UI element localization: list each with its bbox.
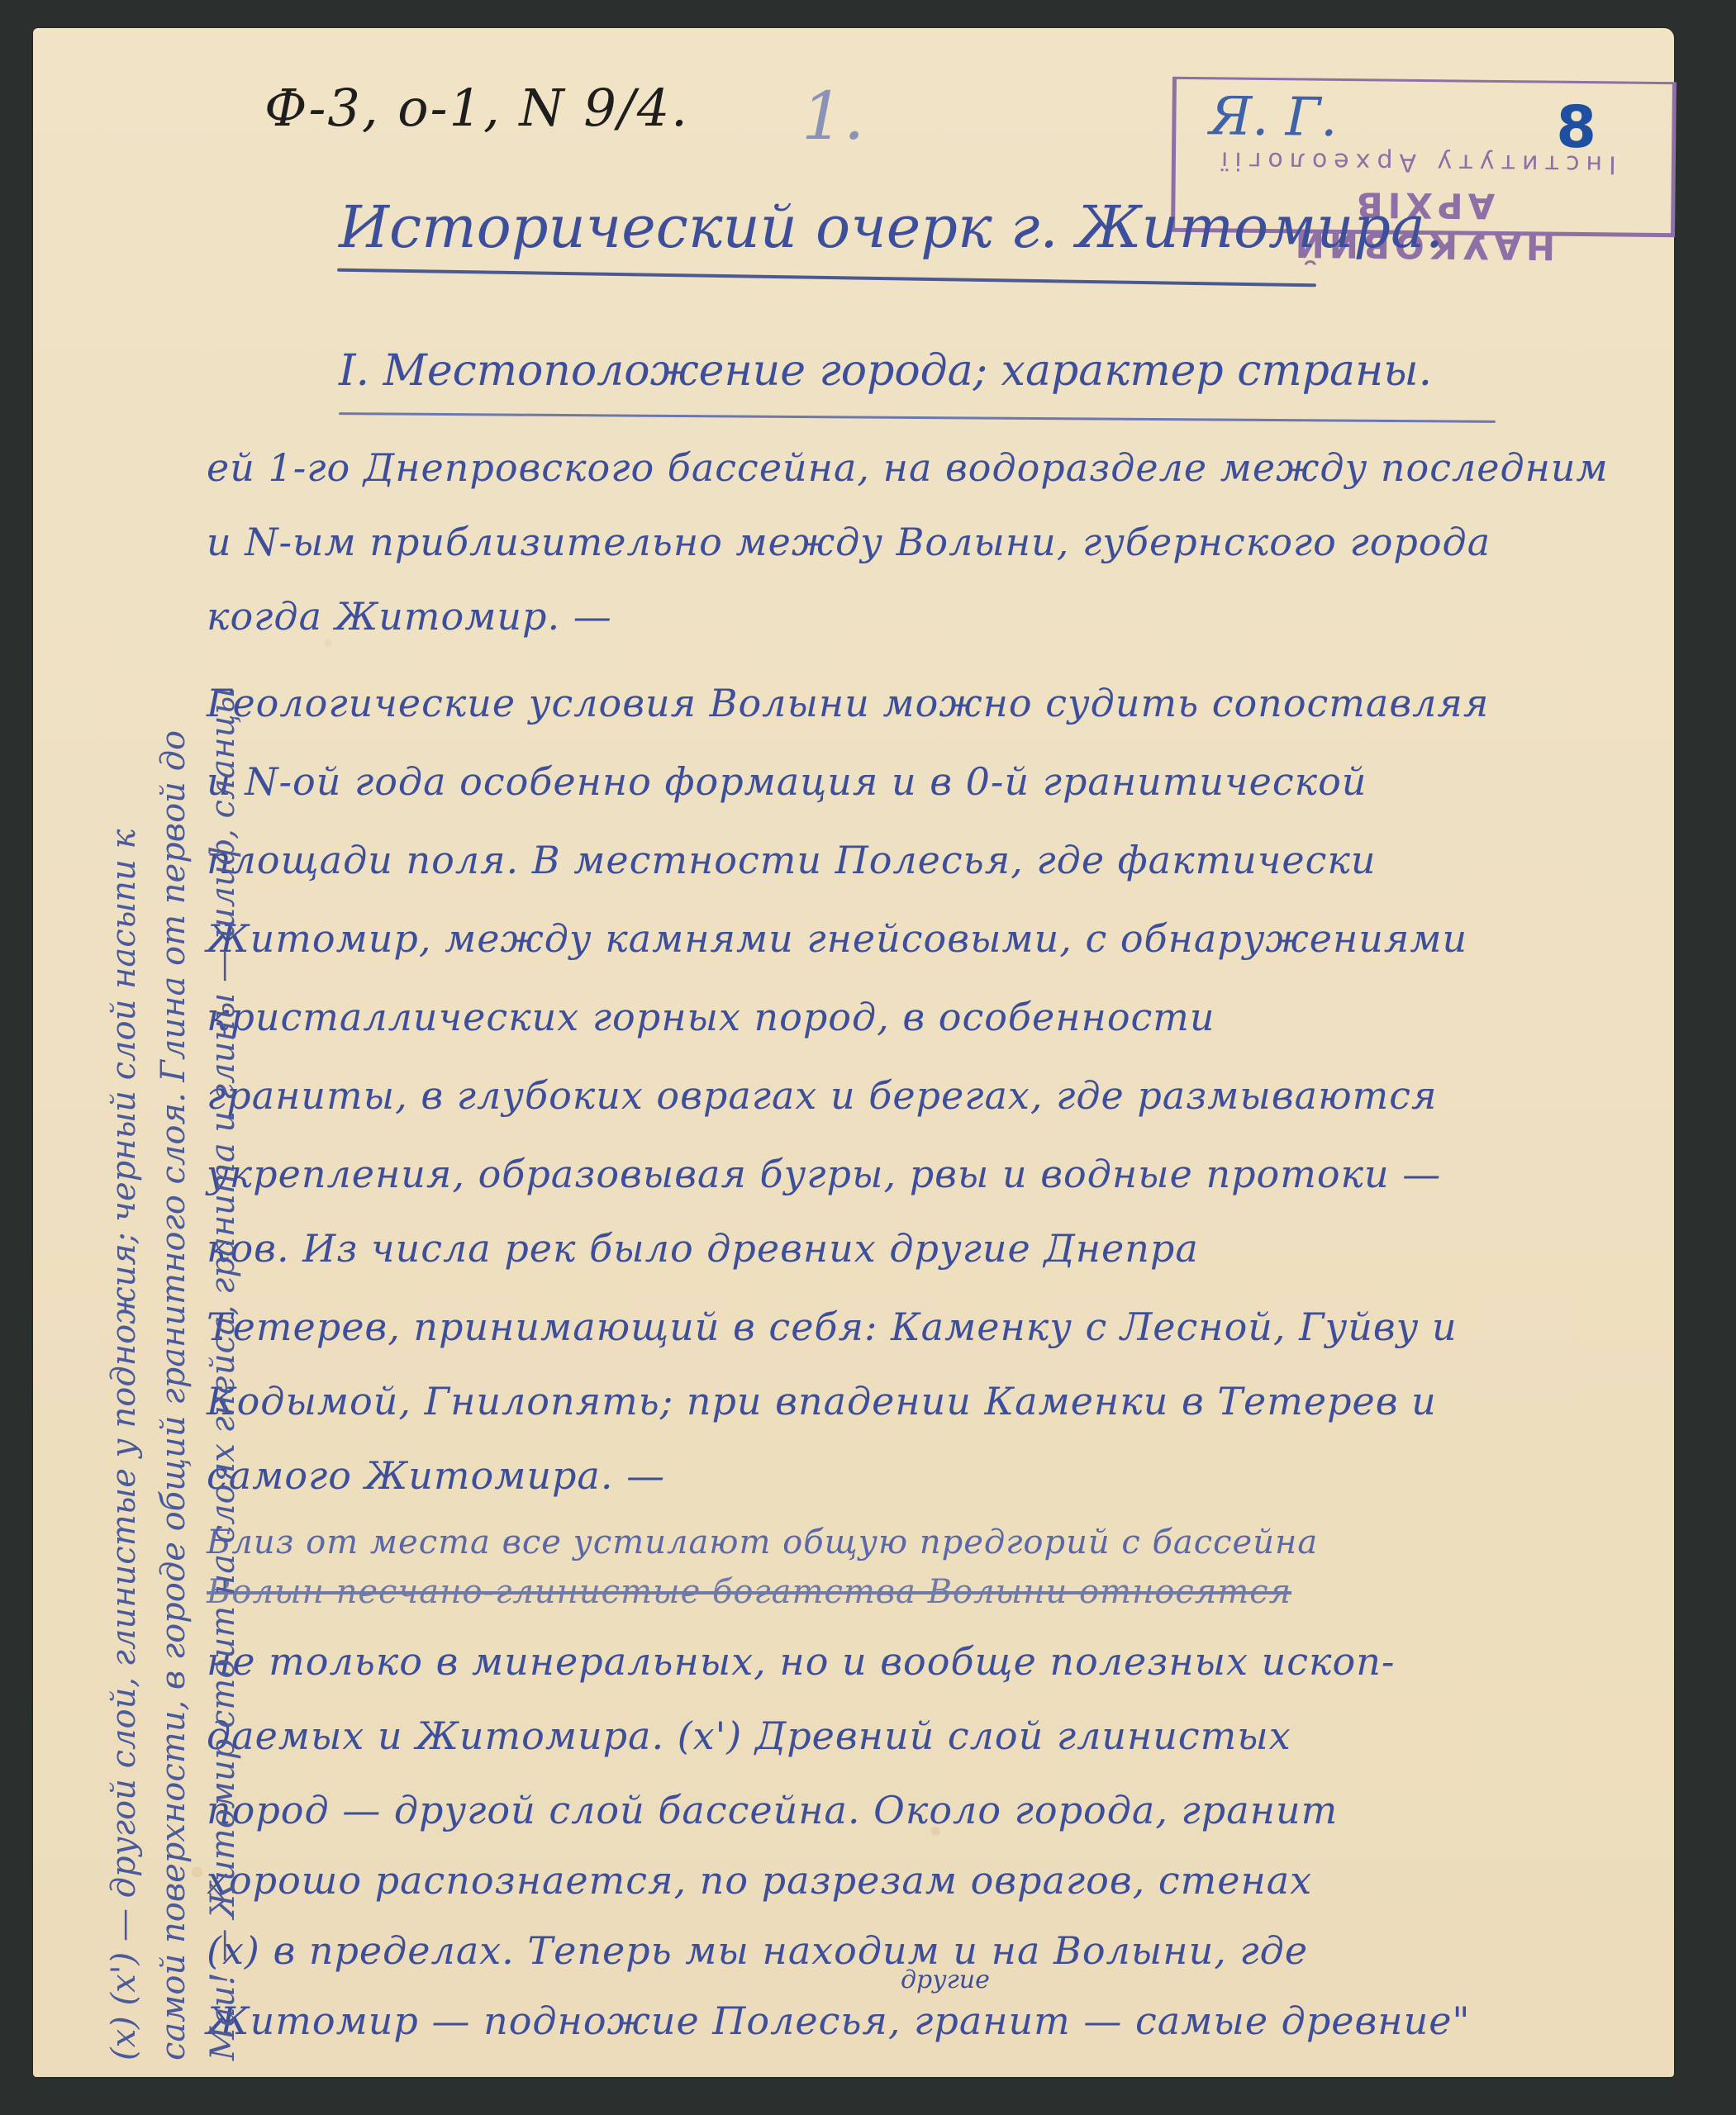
body-line: ков. Из числа рек было древних другие Дн… bbox=[207, 1226, 1199, 1271]
body-line: не только в минеральных, но и вообще пол… bbox=[207, 1639, 1395, 1684]
body-line: Житомир — подножие Полесья, гранит — сам… bbox=[207, 1999, 1471, 2043]
body-line: Кодымой, Гнилопять; при впадении Каменки… bbox=[207, 1379, 1437, 1423]
margin-note-line: самой поверхности, в городе общий гранит… bbox=[149, 78, 198, 2060]
manuscript-page: Ф-3, о-1, N 9/4. 1. Я. Г. 8 Інституту Ар… bbox=[33, 28, 1674, 2077]
body-line: (x) в пределах. Теперь мы находим и на В… bbox=[207, 1928, 1308, 1973]
body-line: даемых и Житомира. (x') Древний слой гли… bbox=[207, 1713, 1291, 1758]
section-heading: I. Местоположение города; характер стран… bbox=[339, 346, 1432, 396]
body-line: самого Житомира. — bbox=[207, 1453, 665, 1498]
body-line: укрепления, образовывая бугры, рвы и вод… bbox=[207, 1152, 1441, 1196]
body-line-inserted: Близ от места все устилают общую предгор… bbox=[207, 1523, 1318, 1561]
body-line: кристаллических горных пород, в особенно… bbox=[207, 995, 1215, 1039]
margin-note-line: (x) (x') — другой слой, глинистые у подн… bbox=[99, 78, 149, 2060]
page-number-mark: 1. bbox=[801, 78, 864, 154]
body-line: Житомир, между камнями гнейсовыми, с обн… bbox=[207, 916, 1467, 961]
body-line: и N-ым приблизительно между Волыни, губе… bbox=[207, 520, 1491, 564]
body-line: Геологические условия Волыни можно судит… bbox=[207, 681, 1489, 725]
archive-reference-code: Ф-3, о-1, N 9/4. bbox=[264, 78, 689, 138]
body-line: граниты, в глубоких оврагах и берегах, г… bbox=[207, 1073, 1437, 1118]
title-underline bbox=[337, 269, 1316, 288]
interlinear-insertion: другие bbox=[901, 1965, 990, 1994]
body-line: Тетерев, принимающий в себя: Каменку с Л… bbox=[207, 1305, 1458, 1349]
margin-note: (x) (x') — другой слой, глинистые у подн… bbox=[99, 78, 248, 2060]
stamp-initials: Я. Г. bbox=[1209, 86, 1338, 149]
body-line: ей 1-го Днепровского бассейна, на водора… bbox=[207, 445, 1609, 490]
stamp-institute-line: Інституту Археології bbox=[1192, 145, 1638, 179]
body-line: и N-ой года особенно формация и в 0-й гр… bbox=[207, 759, 1367, 804]
body-line: когда Житомир. — bbox=[207, 594, 612, 639]
margin-note-line: Маи! — Житомир стоит на слоях гнейса, гр… bbox=[198, 78, 248, 2060]
body-line-struck: Волын песчано-глинистые богатства Волыни… bbox=[207, 1573, 1291, 1611]
body-line: хорошо распознается, по разрезам оврагов… bbox=[207, 1858, 1312, 1903]
document-title: Исторический очерк г. Житомира. bbox=[339, 193, 1443, 261]
section-underline bbox=[339, 412, 1496, 423]
body-line: площади поля. В местности Полесья, где ф… bbox=[207, 838, 1377, 882]
body-line: пород — другой слой бассейна. Около горо… bbox=[207, 1788, 1338, 1832]
